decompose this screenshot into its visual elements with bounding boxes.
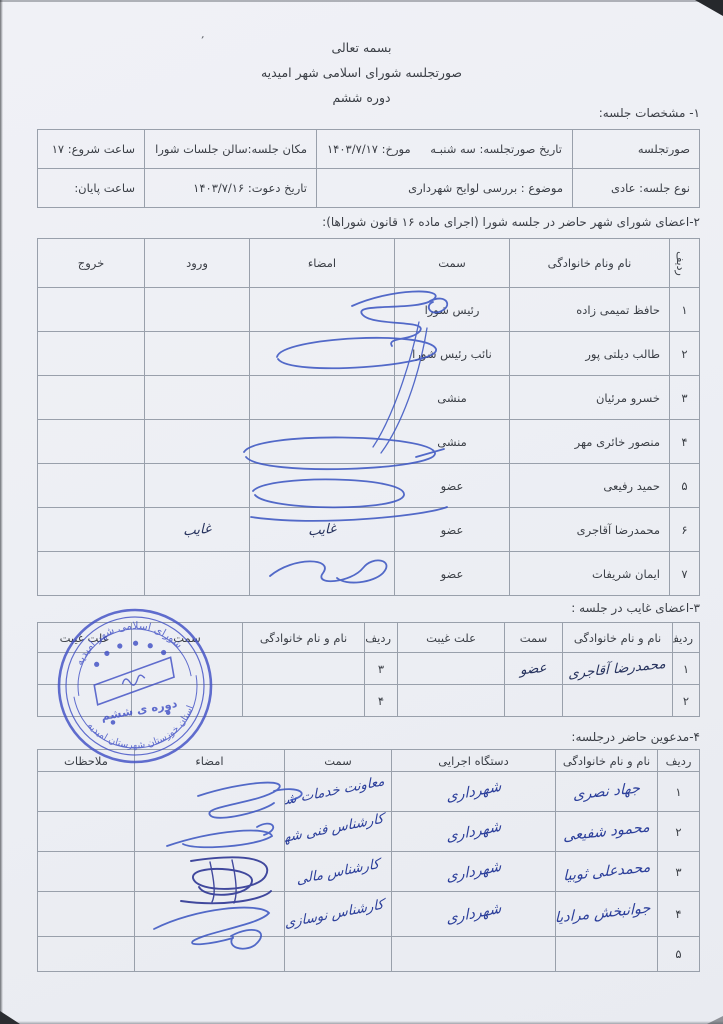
col-full-name: نام و نام خانوادگی [243, 623, 365, 653]
invite-date-cell: تاریخ دعوت: ۱۴۰۳/۷/۱۶ [145, 169, 317, 208]
present-members-table: ردیف نام ونام خانوادگی سمت امضاء ورود خر… [38, 238, 700, 595]
invitee-position: کارشناس مالی [285, 852, 392, 892]
member-name: حمید رفیعی [510, 464, 670, 508]
invitee-name [556, 937, 658, 972]
table-row: ۱ حافظ تمیمی زاده رئیس شورا [38, 288, 700, 332]
row-number: ۴ [365, 685, 398, 717]
signature-cell [250, 464, 395, 508]
col-absence-reason: علت غیبت [398, 623, 505, 653]
absent-member-name: محمدرضا آقاجری [563, 653, 673, 685]
scanned-meeting-minutes-page: ’ بسمه تعالی صورتجلسه شورای اسلامی شهر ا… [0, 0, 723, 1024]
signature-cell [250, 288, 395, 332]
member-name: خسرو مرئیان [510, 376, 670, 420]
start-time-cell: ساعت شروع: ۱۷ [38, 130, 145, 169]
invitee-agency: شهرداری [392, 812, 556, 852]
entry-cell [145, 420, 250, 464]
absence-reason-cell [398, 685, 505, 717]
invitee-name: محمود شفیعی [556, 812, 658, 852]
absent-member-position: عضو [505, 653, 563, 685]
table-row: ۱ جهاد نصری شهرداری معاونت خدمات شهر [38, 772, 700, 812]
entry-cell [145, 376, 250, 420]
invitee-position: معاونت خدمات شهر [285, 772, 392, 812]
col-full-name: نام و نام خانوادگی [563, 623, 673, 653]
minutes-date-label: تاریخ صورتجلسه: سه شنبـه [430, 142, 562, 156]
table-header-row: ردیف نام و نام خانوادگی سمت علت غیبت ردی… [38, 623, 700, 653]
notes-cell [38, 937, 135, 972]
meeting-info-table: صورتجلسه تاریخ صورتجلسه: سه شنبـه مورخ: … [38, 129, 700, 207]
scan-edge-left [0, 0, 3, 1024]
col-notes: ملاحظات [38, 750, 135, 772]
table-header-row: ردیف نام و نام خانوادگی دستگاه اجرایی سم… [38, 750, 700, 772]
row-number: ۱ [658, 772, 700, 812]
row-number: ۲ [658, 812, 700, 852]
exit-cell [38, 288, 145, 332]
absence-reason-cell [38, 685, 132, 717]
signature-cell [250, 552, 395, 596]
section2-label: ۲-اعضای شورای شهر حاضر در جلسه شورا (اجر… [322, 215, 700, 229]
col-row-number: ردیف [658, 750, 700, 772]
section3-label: ۳-اعضای غایب در جلسه : [571, 601, 700, 615]
col-position: سمت [132, 623, 243, 653]
section4-label: ۴-مدعوین حاضر درجلسه: [571, 730, 700, 744]
minutes-dated-label: مورخ: ۱۴۰۳/۷/۱۷ [327, 142, 411, 156]
scan-corner-bottom-left [0, 1011, 20, 1024]
signature-cell [135, 772, 285, 812]
member-name: حافظ تمیمی زاده [510, 288, 670, 332]
invitee-position: کارشناس فنی شهرسازی [285, 812, 392, 852]
absent-member-position [132, 685, 243, 717]
col-entry: ورود [145, 239, 250, 288]
notes-cell [38, 772, 135, 812]
member-position: منشی [395, 376, 510, 420]
entry-cell [145, 288, 250, 332]
col-row-number: ردیف [365, 623, 398, 653]
col-signature: امضاء [250, 239, 395, 288]
entry-cell [145, 332, 250, 376]
member-name: منصور خائری مهر [510, 420, 670, 464]
invitee-position [285, 937, 392, 972]
row-number: ۵ [670, 464, 700, 508]
minutes-cell: صورتجلسه [573, 130, 700, 169]
col-row-number: ردیف [670, 239, 700, 288]
absent-member-position [505, 685, 563, 717]
row-number: ۶ [670, 508, 700, 552]
row-number: ۲ [670, 332, 700, 376]
table-row: نوع جلسه: عادی موضوع : بررسی لوایح شهردا… [38, 169, 700, 208]
exit-cell [38, 508, 145, 552]
signature-cell: غایب [250, 508, 395, 552]
location-cell: مکان جلسه:سالن جلسات شورا [145, 130, 317, 169]
row-number: ۳ [658, 852, 700, 892]
exit-cell [38, 552, 145, 596]
row-number: ۷ [670, 552, 700, 596]
notes-cell [38, 892, 135, 937]
table-row: ۷ ایمان شریفات عضو [38, 552, 700, 596]
absence-reason-cell [398, 653, 505, 685]
invitee-agency: شهرداری [392, 852, 556, 892]
signature-cell [135, 937, 285, 972]
invitee-name: جوانبخش مرادیان [556, 892, 658, 937]
row-number: ۱ [673, 653, 700, 685]
col-executive-body: دستگاه اجرایی [392, 750, 556, 772]
signature-cell [250, 420, 395, 464]
minutes-date-split: تاریخ صورتجلسه: سه شنبـه مورخ: ۱۴۰۳/۷/۱۷ [323, 142, 566, 156]
table-row: ۳ خسرو مرئیان منشی [38, 376, 700, 420]
member-name: طالب دیلتی پور [510, 332, 670, 376]
table-row: ۲ ۴ [38, 685, 700, 717]
row-number: ۵ [658, 937, 700, 972]
row-number: ۳ [670, 376, 700, 420]
col-position: سمت [395, 239, 510, 288]
notes-cell [38, 852, 135, 892]
table-row: ۱ محمدرضا آقاجری عضو ۳ [38, 653, 700, 685]
exit-cell [38, 332, 145, 376]
signature-cell [250, 376, 395, 420]
meeting-type-cell: نوع جلسه: عادی [573, 169, 700, 208]
absent-members-table: ردیف نام و نام خانوادگی سمت علت غیبت ردی… [38, 622, 700, 716]
absent-note: غایب [308, 520, 336, 539]
entry-cell: غایب [145, 508, 250, 552]
row-number: ۴ [670, 420, 700, 464]
exit-cell [38, 464, 145, 508]
member-name: ایمان شریفات [510, 552, 670, 596]
member-position: نائب رئیس شورا [395, 332, 510, 376]
entry-cell [145, 552, 250, 596]
table-row: ۵ [38, 937, 700, 972]
member-name: محمدرضا آقاجری [510, 508, 670, 552]
entry-cell [145, 464, 250, 508]
end-time-cell: ساعت پایان: [38, 169, 145, 208]
table-row: صورتجلسه تاریخ صورتجلسه: سه شنبـه مورخ: … [38, 130, 700, 169]
signature-cell [135, 892, 285, 937]
invitee-position: کارشناس نوسازی [285, 892, 392, 937]
col-position: سمت [505, 623, 563, 653]
scan-edge-top [0, 0, 723, 2]
member-position: رئیس شورا [395, 288, 510, 332]
exit-cell [38, 420, 145, 464]
absent-member-name [243, 653, 365, 685]
absence-reason-cell [38, 653, 132, 685]
subject-cell: موضوع : بررسی لوایح شهرداری [317, 169, 573, 208]
invitee-name: محمدعلی ثوبیا [556, 852, 658, 892]
term-line: دوره ششم [0, 90, 723, 106]
invitee-name: جهاد نصری [556, 772, 658, 812]
col-absence-reason: علت غیبت [38, 623, 132, 653]
table-row: ۵ حمید رفیعی عضو [38, 464, 700, 508]
row-number: ۳ [365, 653, 398, 685]
col-signature: امضاء [135, 750, 285, 772]
member-position: منشی [395, 420, 510, 464]
member-position: عضو [395, 464, 510, 508]
section1-label: ۱- مشخصات جلسه: [599, 106, 700, 120]
table-header-row: ردیف نام ونام خانوادگی سمت امضاء ورود خر… [38, 239, 700, 288]
col-full-name: نام ونام خانوادگی [510, 239, 670, 288]
absent-member-name [563, 685, 673, 717]
table-row: ۳ محمدعلی ثوبیا شهرداری کارشناس مالی [38, 852, 700, 892]
scan-corner-top-right [695, 0, 723, 16]
member-position: عضو [395, 552, 510, 596]
absent-member-position [132, 653, 243, 685]
exit-cell [38, 376, 145, 420]
table-row: ۲ طالب دیلتی پور نائب رئیس شورا [38, 332, 700, 376]
absent-note: غایب [183, 520, 211, 539]
invitee-agency: شهرداری [392, 892, 556, 937]
col-full-name: نام و نام خانوادگی [556, 750, 658, 772]
row-number: ۲ [673, 685, 700, 717]
absent-member-name [243, 685, 365, 717]
col-row-number: ردیف [673, 623, 700, 653]
signature-cell [135, 852, 285, 892]
invitees-table: ردیف نام و نام خانوادگی دستگاه اجرایی سم… [38, 749, 700, 971]
bismillah-line: بسمه تعالی [0, 40, 723, 56]
minutes-date-cell: تاریخ صورتجلسه: سه شنبـه مورخ: ۱۴۰۳/۷/۱۷ [317, 130, 573, 169]
table-row: ۲ محمود شفیعی شهرداری کارشناس فنی شهرساز… [38, 812, 700, 852]
col-exit: خروج [38, 239, 145, 288]
table-row: ۴ جوانبخش مرادیان شهرداری کارشناس نوسازی [38, 892, 700, 937]
table-row: ۴ منصور خائری مهر منشی [38, 420, 700, 464]
invitee-agency [392, 937, 556, 972]
signature-cell [135, 812, 285, 852]
col-position: سمت [285, 750, 392, 772]
row-number: ۱ [670, 288, 700, 332]
member-position: عضو [395, 508, 510, 552]
invitee-agency: شهرداری [392, 772, 556, 812]
scan-corner-bottom-right [707, 1016, 723, 1024]
notes-cell [38, 812, 135, 852]
row-number: ۴ [658, 892, 700, 937]
document-title: صورتجلسه شورای اسلامی شهر امیدیه [0, 65, 723, 81]
document-header: بسمه تعالی صورتجلسه شورای اسلامی شهر امی… [0, 40, 723, 115]
signature-cell [250, 332, 395, 376]
table-row: ۶ محمدرضا آقاجری عضو غایب غایب [38, 508, 700, 552]
